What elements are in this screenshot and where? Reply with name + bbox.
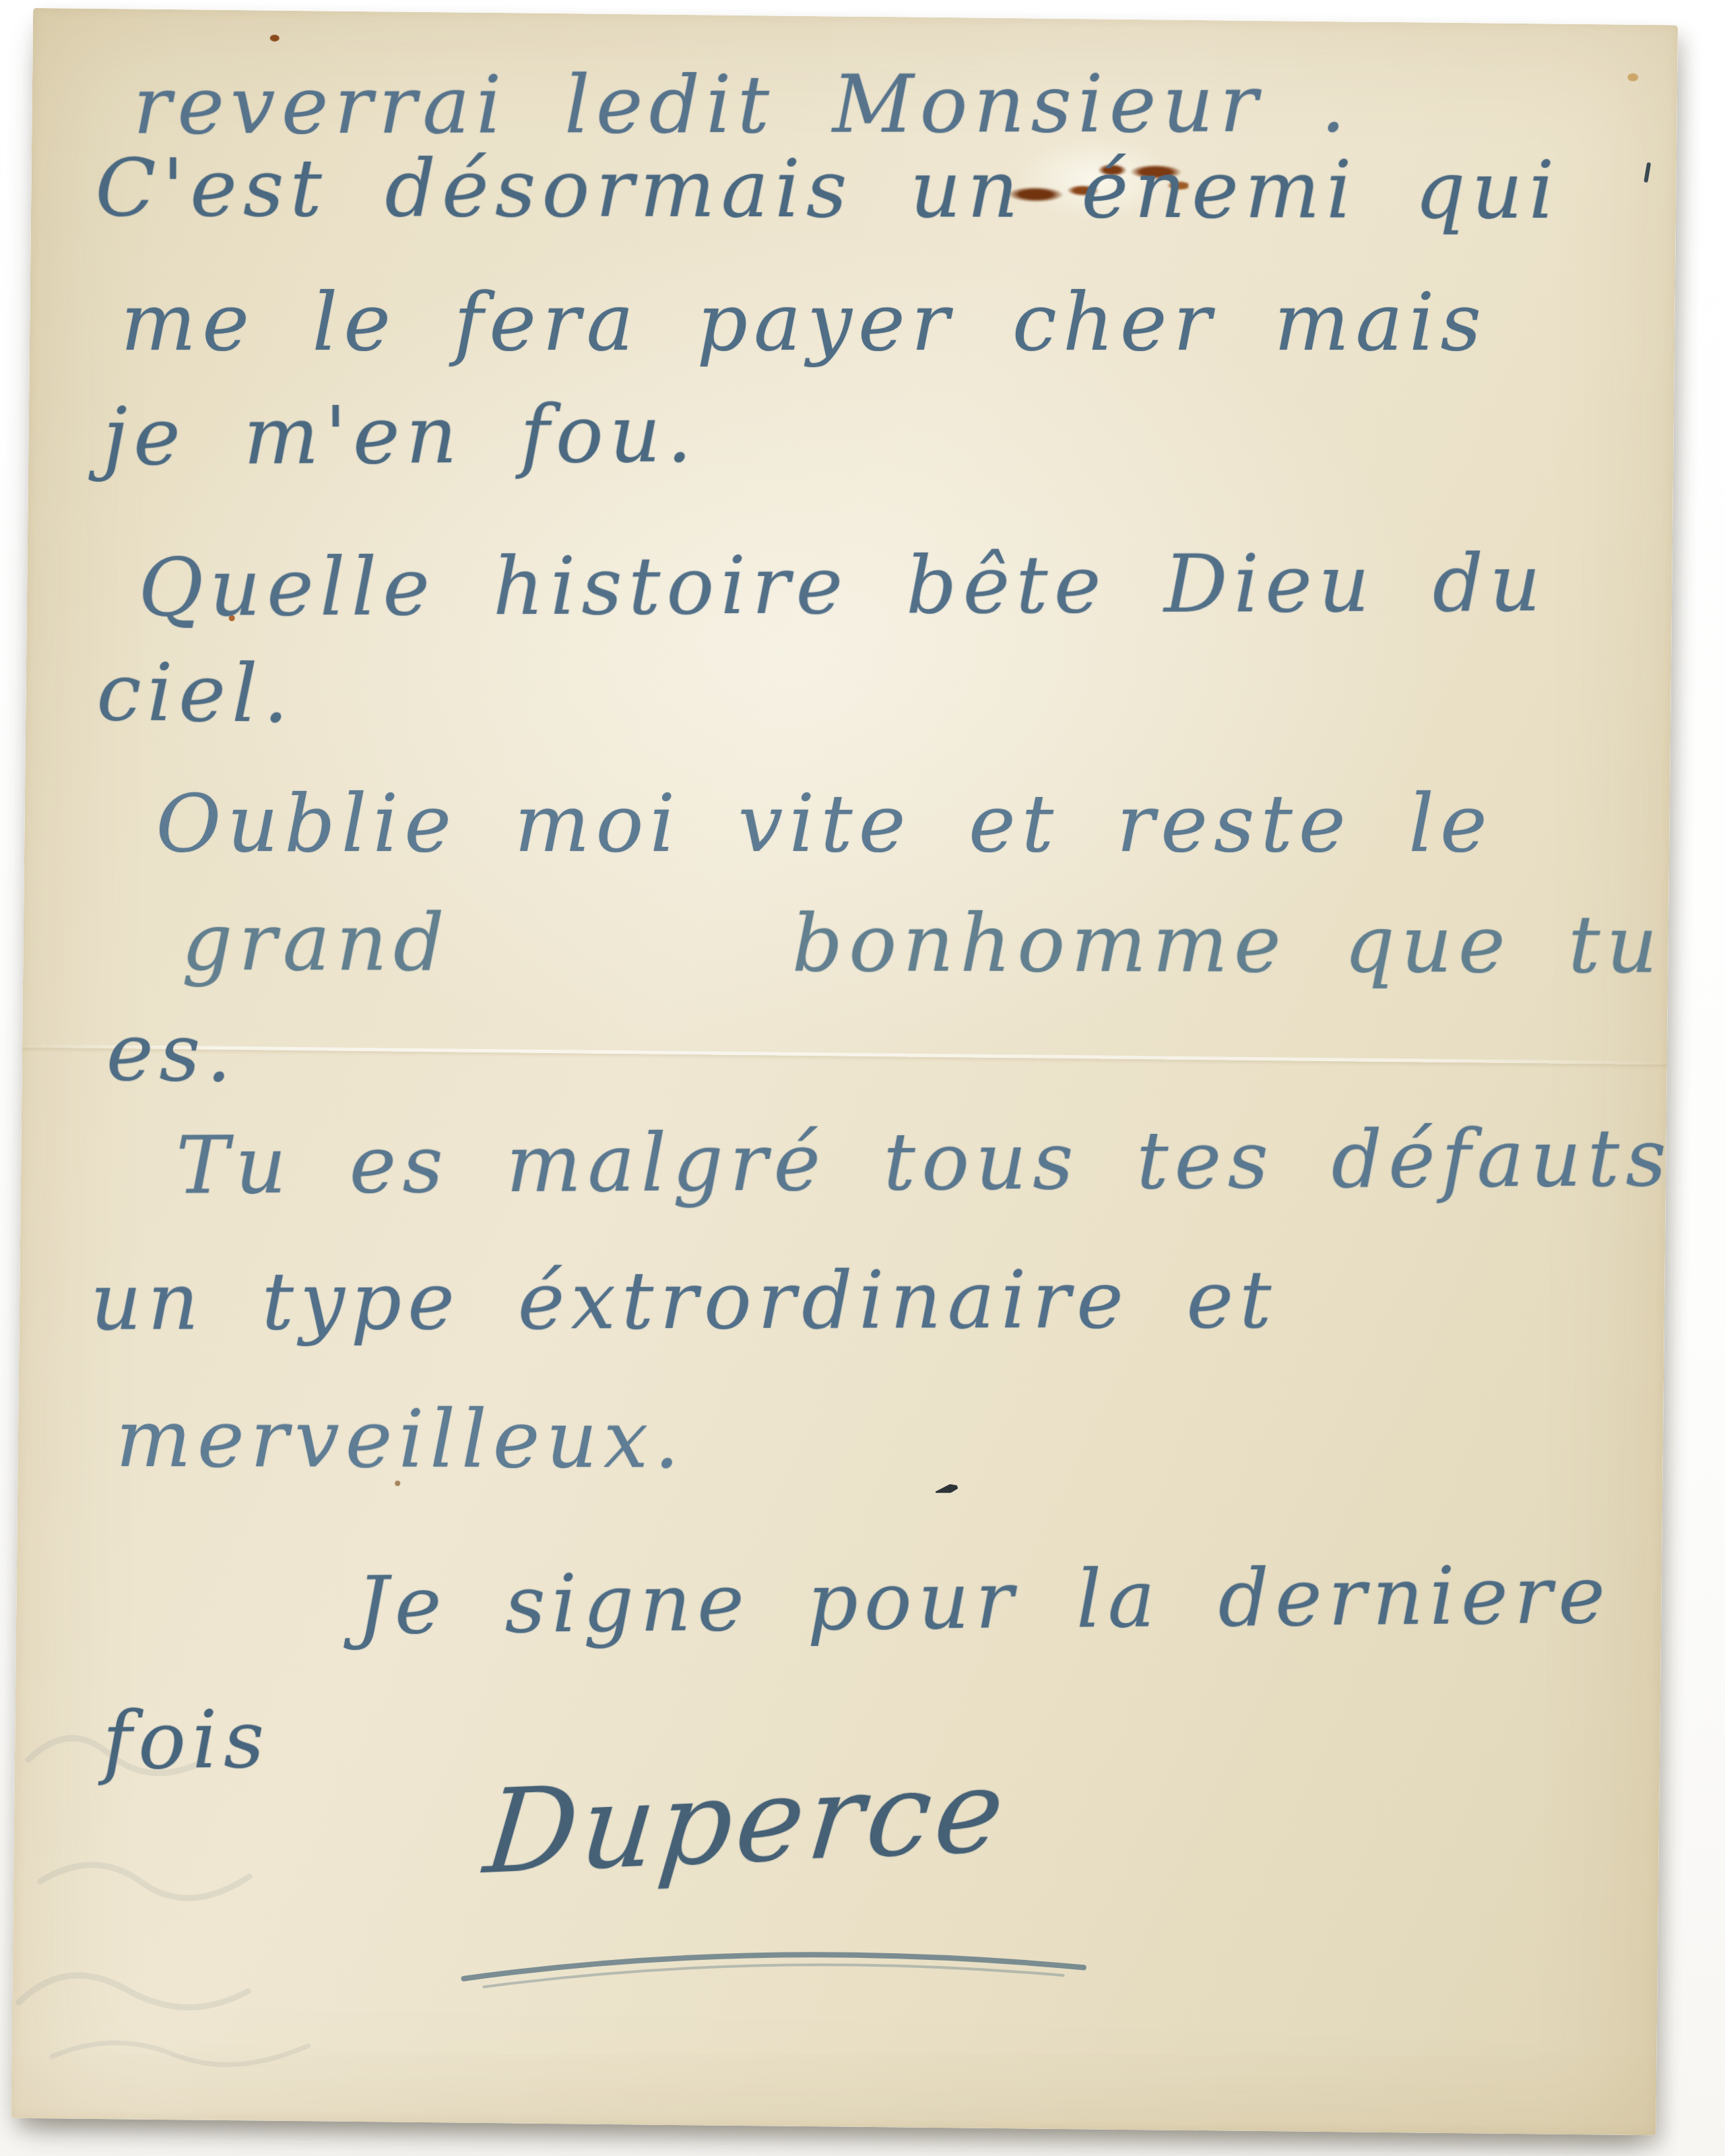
handwriting-line: je m'en fou. <box>102 389 698 481</box>
ink-blot <box>934 1482 958 1496</box>
handwriting-line: Tu es malgré tous tes défauts <box>176 1113 1672 1210</box>
letter-paper: reverrai ledit Monsieur . C'est désormai… <box>11 8 1678 2135</box>
handwriting-line: Oublie moi vite et reste le <box>156 779 1493 868</box>
handwriting-line: un type éxtrordinaire et <box>90 1255 1278 1346</box>
handwriting-line: C'est désormais un énemi qui <box>95 143 1560 234</box>
handwriting-line: reverrai ledit Monsieur . <box>133 59 1353 150</box>
handwriting-line: Quelle histoire bête Dieu du <box>138 538 1547 632</box>
handwriting-line: ciel. <box>96 647 295 738</box>
ghost-writing-showthrough <box>11 1679 555 2116</box>
handwriting-line: grand bonhomme que tu <box>182 897 1664 989</box>
ink-tick-mark <box>1643 162 1651 183</box>
page-background: reverrai ledit Monsieur . C'est désormai… <box>0 0 1725 2156</box>
foxing-speck <box>270 35 280 42</box>
handwriting-line: me le fera payer cher mais <box>121 278 1487 367</box>
handwriting-line: Je signe pour la derniere <box>356 1550 1612 1650</box>
foxing-speck <box>1627 73 1638 82</box>
fold-crease <box>22 1044 1667 1065</box>
signature: Duperce <box>480 1744 1014 1899</box>
handwriting-line: es. <box>106 1007 238 1098</box>
handwriting-line: merveilleux. <box>116 1394 686 1484</box>
